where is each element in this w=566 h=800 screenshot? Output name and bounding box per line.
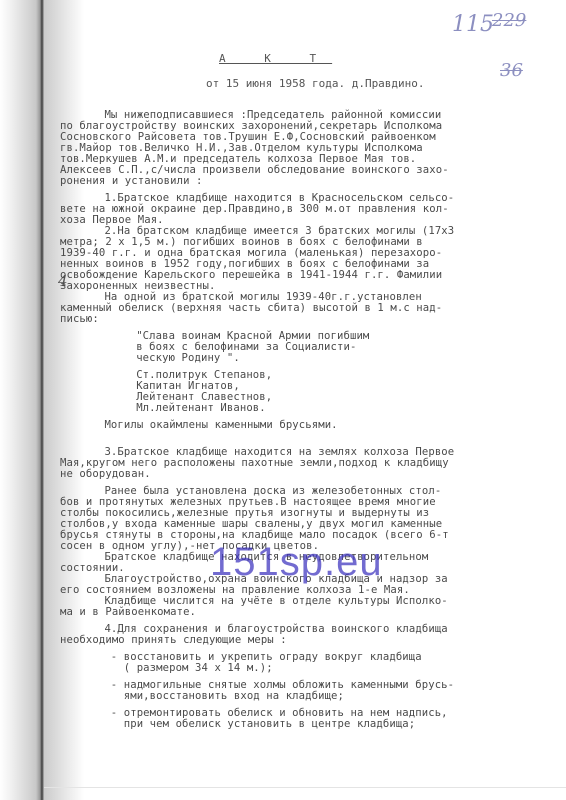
document-page: А К Т от 15 июня 1958 года. д.Правдино. … [96,0,556,800]
document-line: при чем обелиск установить в центре клад… [111,719,415,730]
document-line: ма и в Райвоенкомате. [60,607,196,618]
book-binding-edge [0,0,44,800]
document-title: А К Т [219,52,332,65]
document-line: Мл.лейтенант Иванов. [136,403,266,414]
page-bottom-edge [44,787,566,788]
watermark: 151sp.eu [210,540,383,585]
document-line: не оборудован. [60,469,151,480]
document-line: ( размером 34 х 14 м.); [111,663,273,674]
document-date-line: от 15 июня 1958 года. д.Правдино. [206,77,425,90]
document-line: ронения и установили : [60,176,203,187]
document-line: каменный обелиск (верхняя часть сбита) в… [60,303,442,314]
document-line: Могилы окаймлены каменными брусьями. [104,420,337,431]
document-line: необходимо принять следующие меры : [60,635,287,646]
document-line: писью: [60,314,99,325]
document-line: ями,восстановить вход на кладбище; [111,691,344,702]
document-line: ческую Родину ". [136,353,240,364]
